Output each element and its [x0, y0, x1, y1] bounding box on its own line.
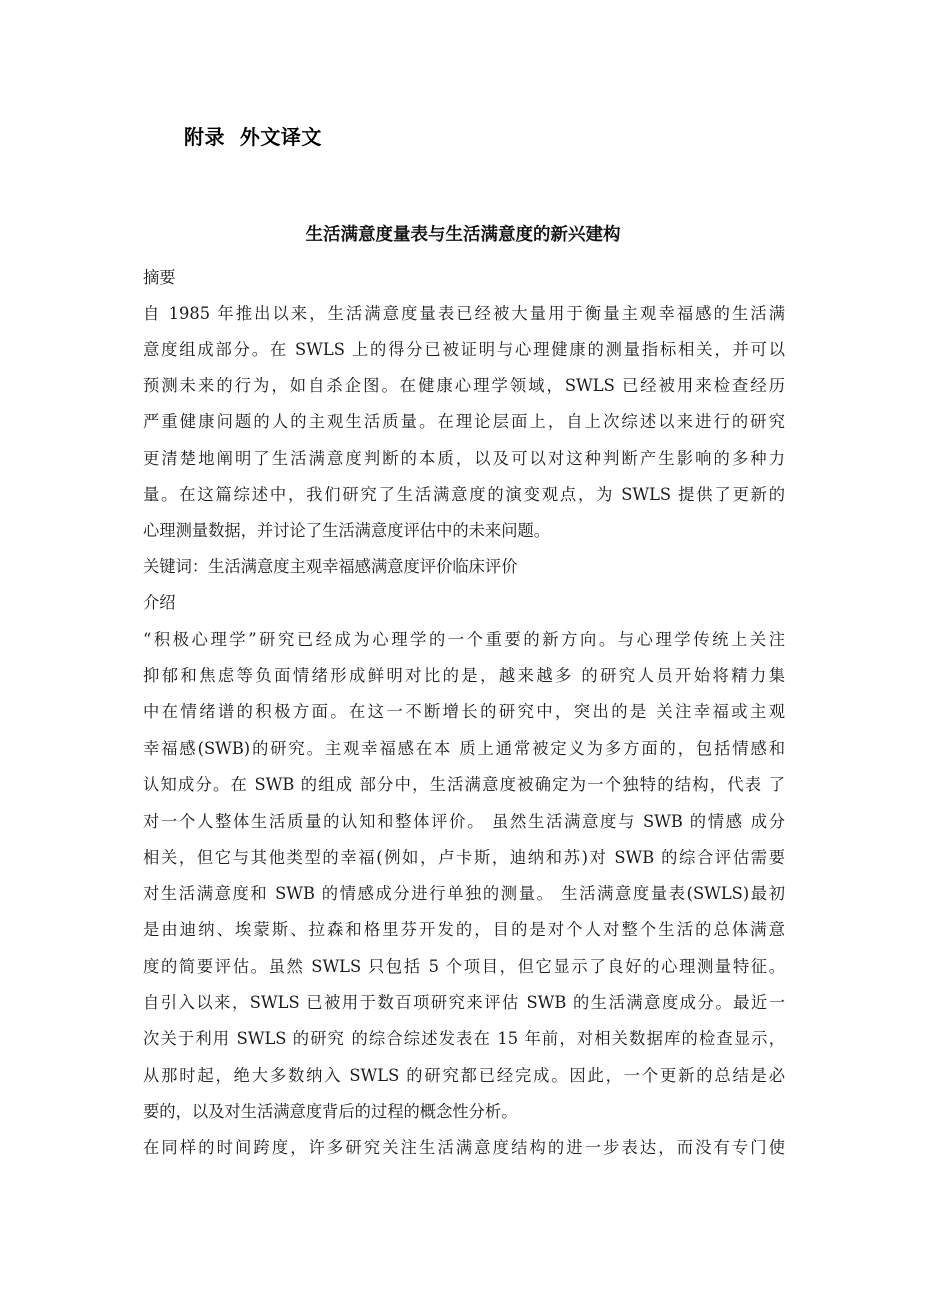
- abstract-line: 意度组成部分。在 SWLS 上的得分已被证明与心理健康的测量指标相关，并可以: [143, 338, 785, 362]
- intro-line: 中在情绪谱的积极方面。在这一不断增长的研究中，突出的是 关注幸福或主观: [143, 700, 785, 724]
- intro-line: 对生活满意度和 SWB 的情感成分进行单独的测量。 生活满意度量表(SWLS)最…: [143, 882, 785, 906]
- abstract-line: 严重健康问题的人的主观生活质量。在理论层面上，自上次综述以来进行的研究: [143, 410, 785, 434]
- intro-line: 幸福感(SWB)的研究。主观幸福感在本 质上通常被定义为多方面的，包括情感和: [143, 737, 785, 761]
- keywords: 关键词：生活满意度主观幸福感满意度评价临床评价: [143, 555, 785, 579]
- intro-line: 认知成分。在 SWB 的组成 部分中，生活满意度被确定为一个独特的结构，代表 了: [143, 773, 785, 797]
- abstract-line: 更清楚地阐明了生活满意度判断的本质，以及可以对这种判断产生影响的多种力: [143, 447, 785, 471]
- intro-line: 从那时起，绝大多数纳入 SWLS 的研究都已经完成。因此，一个更新的总结是必: [143, 1064, 785, 1088]
- intro-line: 度的简要评估。虽然 SWLS 只包括 5 个项目，但它显示了良好的心理测量特征。: [143, 955, 785, 979]
- intro-line: 自引入以来，SWLS 已被用于数百项研究来评估 SWB 的生活满意度成分。最近一: [143, 991, 785, 1015]
- introduction-heading: 介绍: [143, 591, 785, 615]
- intro-line: 是由迪纳、埃蒙斯、拉森和格里芬开发的，目的是对个人对整个生活的总体满意: [143, 918, 785, 942]
- abstract-line: 预测未来的行为，如自杀企图。在健康心理学领域，SWLS 已经被用来检查经历: [143, 374, 785, 398]
- abstract-heading: 摘要: [143, 266, 785, 290]
- intro-line: 相关，但它与其他类型的幸福(例如，卢卡斯，迪纳和苏)对 SWB 的综合评估需要: [143, 846, 785, 870]
- intro-line: 次关于利用 SWLS 的研究 的综合综述发表在 15 年前，对相关数据库的检查显…: [143, 1027, 785, 1051]
- abstract-line: 自 1985 年推出以来，生活满意度量表已经被大量用于衡量主观幸福感的生活满: [143, 302, 785, 326]
- intro-line: 抑郁和焦虑等负面情绪形成鲜明对比的是，越来越多 的研究人员开始将精力集: [143, 664, 785, 688]
- document-page: 附录 外文译文 生活满意度量表与生活满意度的新兴建构 摘要 自 1985 年推出…: [0, 0, 926, 1309]
- abstract-line: 心理测量数据，并讨论了生活满意度评估中的未来问题。: [143, 519, 785, 543]
- document-title: 生活满意度量表与生活满意度的新兴建构: [0, 221, 926, 249]
- intro-line: 在同样的时间跨度，许多研究关注生活满意度结构的进一步表达，而没有专门使: [143, 1136, 785, 1160]
- appendix-heading: 附录 外文译文: [184, 123, 322, 151]
- intro-line: 对一个人整体生活质量的认知和整体评价。 虽然生活满意度与 SWB 的情感 成分: [143, 810, 785, 834]
- intro-line: 要的，以及对生活满意度背后的过程的概念性分析。: [143, 1100, 785, 1124]
- abstract-line: 量。在这篇综述中，我们研究了生活满意度的演变观点，为 SWLS 提供了更新的: [143, 483, 785, 507]
- intro-line: “积极心理学”研究已经成为心理学的一个重要的新方向。与心理学传统上关注: [143, 628, 785, 652]
